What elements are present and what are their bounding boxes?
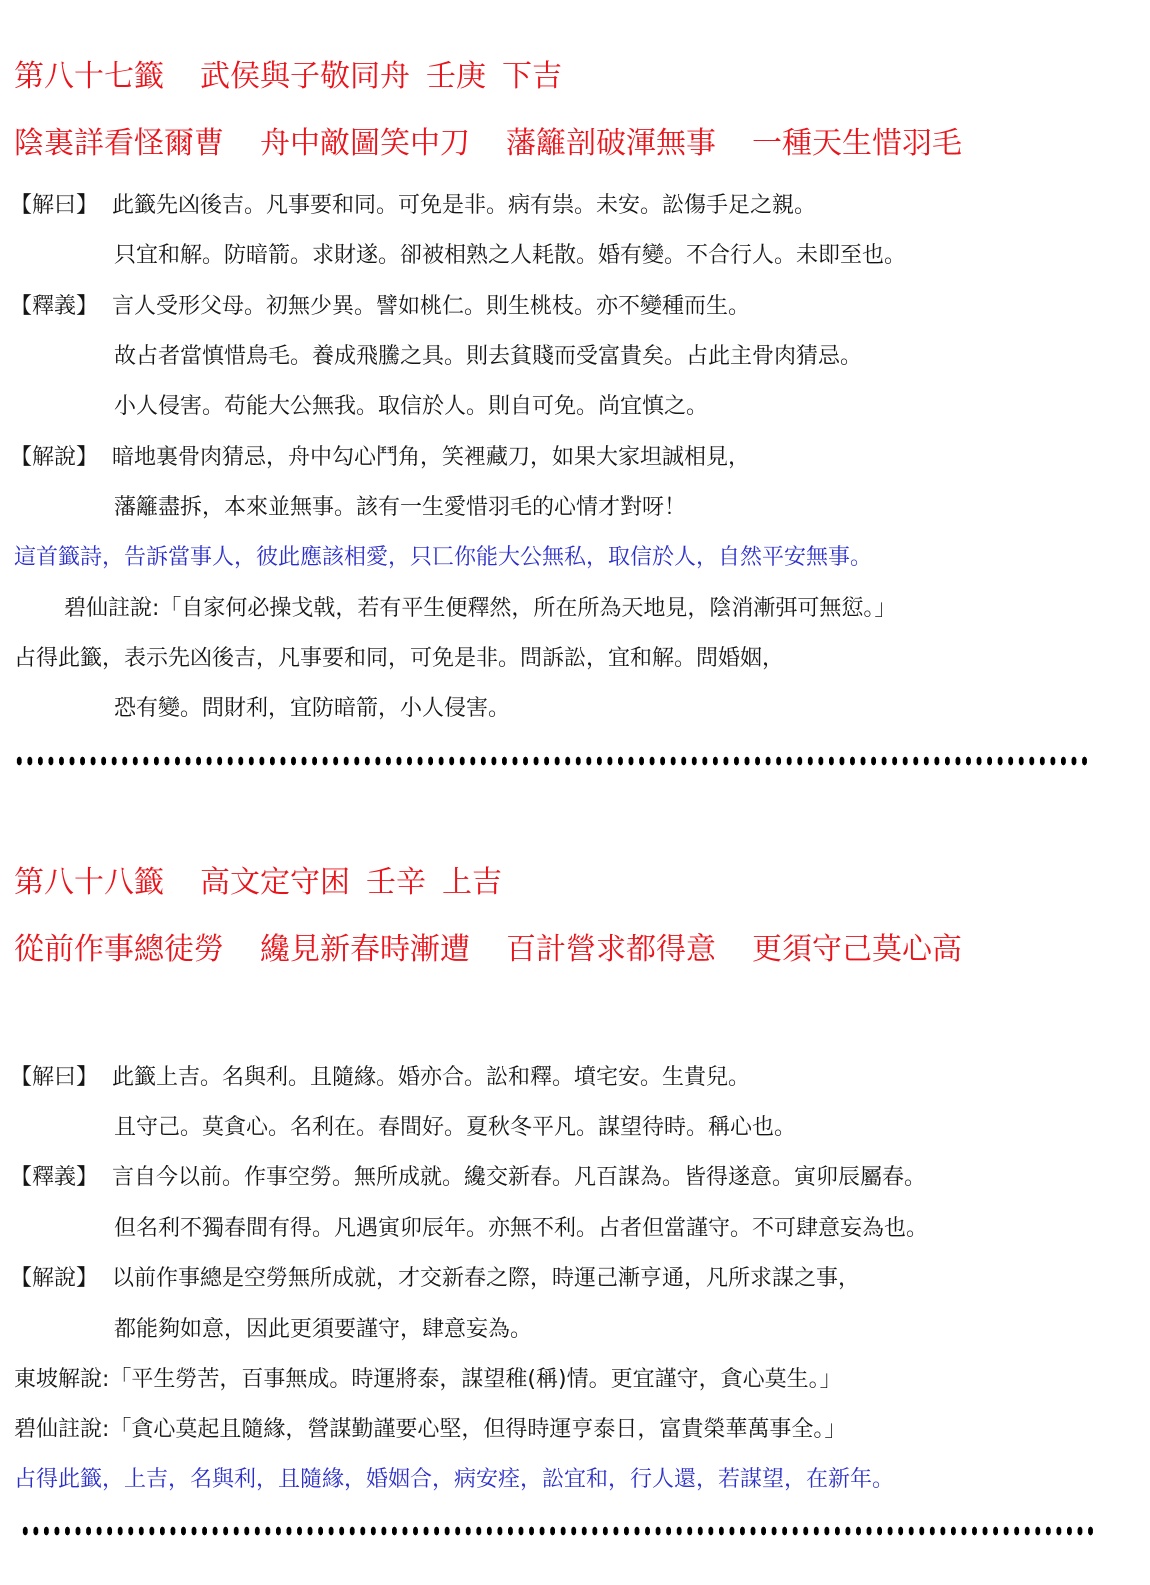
jie-shuo-label: 【解說】 (10, 1268, 112, 1290)
lot-number: 第八十七籤 (14, 59, 164, 94)
jie-shuo-line: 【解說】以前作事總是空勞無所成就，才交新春之際，時運己漸亨通，凡所求謀之事， (14, 1268, 860, 1290)
blue-note: 這首籤詩，告訴當事人，彼此應該相愛，只匸你能大公無私，取信於人，自然平安無事。 (14, 547, 872, 569)
bixian-commentary: 碧仙註說:「貪心莫起且隨緣，營謀勤謹要心堅，但得時運亨泰日，富貴榮華萬事全。」 (14, 1419, 846, 1441)
dongpo-commentary: 東坡解說:「平生勞苦，百事無成。時運將泰，謀望稚(稱)情。更宜謹守，貪心莫生。」 (14, 1369, 842, 1391)
dotted-divider (20, 1526, 1096, 1536)
poem-line: 從前作事總徒勞 (14, 932, 224, 967)
jie-shuo-text: 暗地裏骨肉猜忌，舟中勾心鬥角，笑裡藏刀，如果大家坦誠相見， (112, 445, 750, 470)
jie-yue-line: 【解曰】此籤上吉。名與利。且隨緣。婚亦合。訟和釋。墳宅安。生貴兒。 (14, 1067, 750, 1089)
poem-line: 百計營求都得意 (506, 932, 716, 967)
lot-fortune: 下吉 (502, 59, 562, 94)
poem-line: 陰裏詳看怪爾曹 (14, 126, 224, 161)
jie-yue-label: 【解曰】 (10, 195, 112, 217)
poem-line: 更須守己莫心高 (752, 932, 962, 967)
lot-story: 武侯與子敬同舟 (200, 59, 410, 94)
jie-yue-text: 此籤先凶後吉。凡事要和同。可免是非。病有祟。未安。訟傷手足之親。 (112, 193, 816, 218)
lot-title: 第八十八籤高文定守困壬辛上吉 (14, 868, 502, 898)
jie-yue-text: 只宜和解。防暗箭。求財遂。卻被相熟之人耗散。婚有變。不合行人。未即至也。 (114, 245, 906, 267)
shi-yi-label: 【釋義】 (10, 296, 112, 318)
summary-text: 恐有變。問財利，宜防暗箭，小人侵害。 (114, 698, 510, 720)
lot-number: 第八十八籤 (14, 865, 164, 900)
poem-line: 舟中敵圖笑中刀 (260, 126, 470, 161)
shi-yi-line: 【釋義】言自今以前。作事空勞。無所成就。纔交新春。凡百謀為。皆得遂意。寅卯辰屬春… (14, 1167, 926, 1189)
jie-yue-text: 此籤上吉。名與利。且隨緣。婚亦合。訟和釋。墳宅安。生貴兒。 (112, 1065, 750, 1090)
jie-shuo-label: 【解說】 (10, 447, 112, 469)
jie-shuo-text: 都能夠如意，因此更須要謹守，肆意妄為。 (114, 1319, 532, 1341)
shi-yi-text: 小人侵害。苟能大公無我。取信於人。則自可免。尚宜慎之。 (114, 396, 708, 418)
dotted-divider (14, 756, 1090, 766)
bixian-commentary: 碧仙註說:「自家何必操戈戟，若有平生便釋然，所在所為天地見，陰消漸弭可無愆。」 (64, 598, 896, 620)
jie-yue-label: 【解曰】 (10, 1067, 112, 1089)
lot-story: 高文定守困 (200, 865, 350, 900)
shi-yi-text: 言人受形父母。初無少異。譬如桃仁。則生桃枝。亦不變種而生。 (112, 294, 750, 319)
shi-yi-text: 但名利不獨春間有得。凡遇寅卯辰年。亦無不利。占者但當謹守。不可肆意妄為也。 (114, 1218, 928, 1240)
poem-line: 藩籬剖破渾無事 (506, 126, 716, 161)
shi-yi-text: 故占者當慎惜鳥毛。養成飛騰之具。則去貧賤而受富貴矣。占此主骨肉猜忌。 (114, 346, 862, 368)
poem-line: 纔見新春時漸遭 (260, 932, 470, 967)
shi-yi-label: 【釋義】 (10, 1167, 112, 1189)
jie-shuo-line: 【解說】暗地裏骨肉猜忌，舟中勾心鬥角，笑裡藏刀，如果大家坦誠相見， (14, 447, 750, 469)
lot-title: 第八十七籤武侯與子敬同舟壬庚下吉 (14, 62, 562, 92)
shi-yi-line: 【釋義】言人受形父母。初無少異。譬如桃仁。則生桃枝。亦不變種而生。 (14, 296, 750, 318)
summary-text: 占得此籤，表示先凶後吉，凡事要和同，可免是非。問訴訟，宜和解。問婚姻， (14, 648, 784, 670)
blue-note: 占得此籤，上吉，名與利，且隨緣，婚姻合，病安痊，訟宜和，行人還，若謀望，在新年。 (14, 1469, 894, 1491)
lot-poem: 從前作事總徒勞纔見新春時漸遭百計營求都得意更須守己莫心高 (14, 935, 962, 965)
lot-poem: 陰裏詳看怪爾曹舟中敵圖笑中刀藩籬剖破渾無事一種天生惜羽毛 (14, 129, 962, 159)
lot-fortune: 上吉 (442, 865, 502, 900)
jie-shuo-text: 以前作事總是空勞無所成就，才交新春之際，時運己漸亨通，凡所求謀之事， (112, 1266, 860, 1291)
jie-shuo-text: 藩籬盡拆，本來並無事。該有一生愛惜羽毛的心情才對呀！ (114, 497, 686, 519)
jie-yue-line: 【解曰】此籤先凶後吉。凡事要和同。可免是非。病有祟。未安。訟傷手足之親。 (14, 195, 816, 217)
jie-yue-text: 且守己。莫貪心。名利在。春間好。夏秋冬平凡。謀望待時。稱心也。 (114, 1117, 796, 1139)
lot-ganzhi: 壬辛 (366, 865, 426, 900)
poem-line: 一種天生惜羽毛 (752, 126, 962, 161)
shi-yi-text: 言自今以前。作事空勞。無所成就。纔交新春。凡百謀為。皆得遂意。寅卯辰屬春。 (112, 1165, 926, 1190)
lot-ganzhi: 壬庚 (426, 59, 486, 94)
